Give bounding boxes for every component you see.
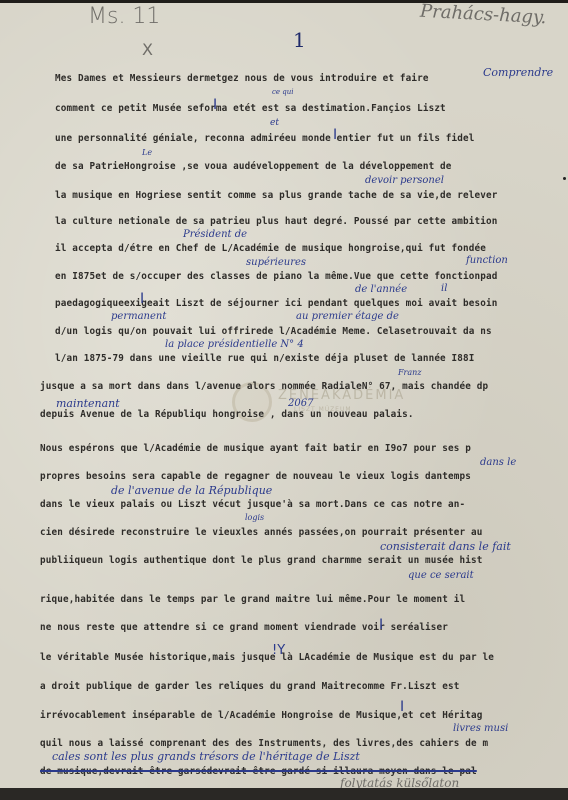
typed-line: cien désirede reconstruire le vieuxles a… [40,527,483,538]
typed-line: a droit publique de garder les reliques … [40,681,460,692]
annotation: Comprendre [483,66,553,79]
annotation: permanent [111,311,166,322]
insertion-mark-icon: I [140,292,144,306]
annotation: et [270,118,279,128]
typed-line: de sa PatrieHongroise ,se voua audévelop… [55,161,452,172]
typed-line: quil nous a laissé comprenant des des In… [40,738,488,749]
annotation: de l'avenue de la République [111,484,272,497]
annotation: la place présidentielle N° 4 [165,339,304,350]
annotation: logis [245,513,264,522]
annotation: supérieures [246,257,306,268]
annotation: dans le [480,457,516,468]
typed-line: une personnalité géniale, reconna admiré… [55,133,475,144]
annotation: function [466,255,508,266]
annotation: Président de [183,229,247,240]
pencil-mark-x: X [142,40,153,59]
annotation: cales sont les plus grands trésors de l'… [52,750,360,763]
annotation: devoir personel [365,175,444,186]
typed-line: Nous espérons que l/Académie de musique … [40,443,471,454]
page-number: 1 [293,28,306,52]
typed-line: en I875et de s/occuper des classes de pi… [55,271,498,282]
annotation: au premier étage de [296,311,399,322]
inventory-note: 2067 [288,398,313,409]
scan-top-edge [0,0,568,3]
typed-line: jusque a sa mort dans dans l/avenue alor… [40,381,488,392]
insertion-mark-icon: I [333,128,337,142]
insertion-mark-icon: I [213,98,217,112]
document-page: Ms. 11 X Prahács-hagy. 1 ZENEAKADÉMIA LI… [0,0,568,788]
annotation: de l'année [355,284,407,295]
annotation: Franz [398,368,422,377]
typed-line: depuis Avenue de la Républiqu hongroise … [40,409,414,420]
typed-line: paedagogiqueexigeait Liszt de séjourner … [55,298,498,309]
typed-line: la culture netionale de sa patrieu plus … [55,216,498,227]
typed-line: irrévocablement inséparable de l/Académi… [40,710,483,721]
typed-line: Mes Dames et Messieurs dermetgez nous de… [55,73,429,84]
insertion-mark-icon: I [400,700,404,714]
archive-stamp: ZENEAKADÉMIA LISZT MÚZEUM [232,388,432,428]
typed-line: le véritable Musée historique,mais jusqu… [40,652,494,663]
typed-line: comment ce petit Musée seforma etét est … [55,103,446,114]
typed-line: publiiqueun logis authentique dont le pl… [40,555,483,566]
margin-dot [563,177,566,180]
typed-line: l/an 1875-79 dans une vieille rue qui n/… [55,353,475,364]
scan-bottom-edge [0,788,568,800]
typed-line: dans le vieux palais ou Liszt vécut jusq… [40,499,465,510]
annotation: que ce serait [408,570,474,581]
shelfmark: Ms. 11 [88,4,160,29]
typed-line: la musique en Hogriese sentit comme sa p… [55,190,498,201]
annotation: maintenant [56,397,120,410]
author-note: Prahács-hagy. [420,1,547,29]
insertion-mark-icon: I [379,618,383,632]
annotation: Le [142,148,152,157]
typed-line: il accepta d/étre en Chef de L/Académie … [55,243,486,254]
annotation: consisterait dans le fait [380,540,511,553]
typed-line: propres besoins sera capable de regagner… [40,471,471,482]
typed-line: d/un logis qu/on pouvait lui offrirede l… [55,326,492,337]
typed-line: rique,habitée dans le temps par le grand… [40,594,465,605]
typed-line: ne nous reste que attendre si ce grand m… [40,622,448,633]
annotation: ce qui [272,88,294,96]
annotation: il [441,283,447,294]
insertion-mark-red-icon: !Y [272,644,285,658]
annotation: livres musi [453,723,508,734]
